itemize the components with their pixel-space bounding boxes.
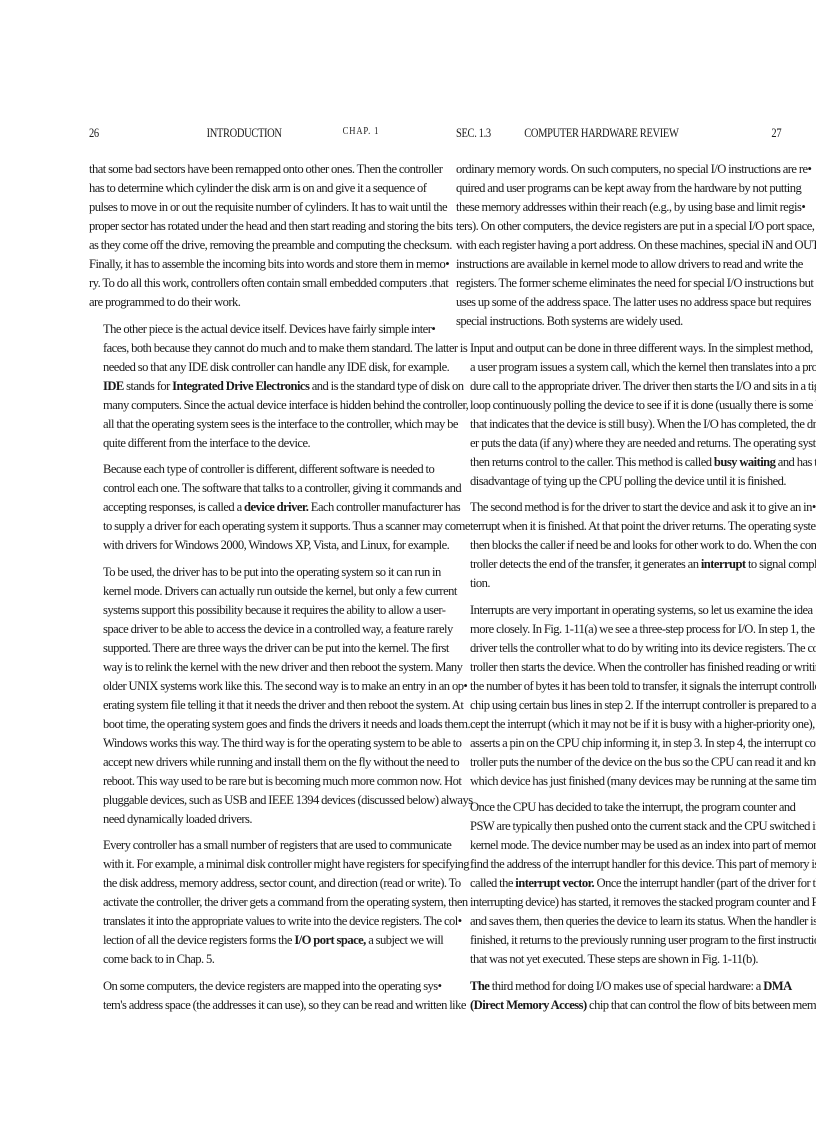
paragraph: Because each type of controller is diffe… (89, 460, 380, 555)
text-line: Interrupts are very important in operati… (456, 601, 782, 620)
text-line: driver tells the controller what to do b… (456, 639, 782, 658)
text-line: which device has just finished (many dev… (456, 772, 782, 791)
text-line: tem's address space (the addresses it ca… (89, 996, 380, 1015)
text-line: disadvantage of tying up the CPU polling… (456, 472, 782, 491)
section-label: SEC. 1.3 (456, 126, 491, 141)
text-line: these memory addresses within their reac… (456, 198, 782, 217)
text-line: pluggable devices, such as USB and IEEE … (89, 791, 380, 810)
text-line: way is to relink the kernel with the new… (89, 658, 380, 677)
text-line: (Direct Memory Access) chip that can con… (456, 996, 782, 1015)
text-line: Input and output can be done in three di… (456, 339, 782, 358)
text-line: and saves them, then queries the device … (456, 912, 782, 931)
text-line: to supply a driver for each operating sy… (89, 517, 380, 536)
bold-term: The (470, 979, 489, 993)
text-line: ry. To do all this work, controllers oft… (89, 274, 380, 293)
text-line: many computers. Since the actual device … (89, 396, 380, 415)
text-line: Once the CPU has decided to take the int… (456, 798, 782, 817)
text-line: older UNIX systems work like this. The s… (89, 677, 380, 696)
text-line: space driver to be able to access the de… (89, 620, 380, 639)
text-line: has to determine which cylinder the disk… (89, 179, 380, 198)
text-line: activate the controller, the driver gets… (89, 893, 380, 912)
text-line: The other piece is the actual device its… (89, 320, 380, 339)
page-number: 27 (771, 126, 781, 141)
text-line: interrupting device) has started, it rem… (456, 893, 782, 912)
chapter-title: INTRODUCTION (207, 126, 282, 141)
paragraph: ordinary memory words. On such computers… (456, 160, 782, 331)
bold-term: DMA (763, 979, 791, 993)
text-line: reboot. This way used to be rare but is … (89, 772, 380, 791)
paragraph: On some computers, the device registers … (89, 977, 380, 1015)
text-line: systems support this possibility because… (89, 601, 380, 620)
text-line: On some computers, the device registers … (89, 977, 380, 996)
text-line: that indicates that the device is still … (456, 415, 782, 434)
text-line: supported. There are three ways the driv… (89, 639, 380, 658)
text-line: uses up some of the address space. The l… (456, 293, 782, 312)
text-line: kernel mode. The device number may be us… (456, 836, 782, 855)
text-line: boot time, the operating system goes and… (89, 715, 380, 734)
text-line: ters). On other computers, the device re… (456, 217, 782, 236)
text-line: IDE stands for Integrated Drive Electron… (89, 377, 380, 396)
text-line: then blocks the caller if need be and lo… (456, 536, 782, 555)
paragraph: that some bad sectors have been remapped… (89, 160, 380, 312)
text-line: loop continuously polling the device to … (456, 396, 782, 415)
page-number: 26 (89, 126, 99, 141)
text-line: special instructions. Both systems are w… (456, 312, 782, 331)
text-line: come back to in Chap. 5. (89, 950, 380, 969)
text-line: registers. The former scheme eliminates … (456, 274, 782, 293)
text-line: troller puts the number of the device on… (456, 753, 782, 772)
text-line: with each register having a port address… (456, 236, 782, 255)
text-line: the disk address, memory address, sector… (89, 874, 380, 893)
bold-term: I/O port space, (294, 933, 365, 947)
left-running-head: 26 INTRODUCTION CHAP. 1 (89, 126, 379, 142)
text-line: Every controller has a small number of r… (89, 836, 380, 855)
text-line: pulses to move in or out the requisite n… (89, 198, 380, 217)
right-running-head: SEC. 1.3 COMPUTER HARDWARE REVIEW 27 (456, 126, 781, 142)
text-line: called the interrupt vector. Once the in… (456, 874, 782, 893)
bold-term: interrupt (701, 557, 746, 571)
text-line: lection of all the device registers form… (89, 931, 380, 950)
text-line: cept the interrupt (which it may not be … (456, 715, 782, 734)
text-line: dure call to the appropriate driver. The… (456, 377, 782, 396)
text-line: translates it into the appropriate value… (89, 912, 380, 931)
text-line: with it. For example, a minimal disk con… (89, 855, 380, 874)
text-line: The second method is for the driver to s… (456, 498, 782, 517)
text-line: Finally, it has to assemble the incoming… (89, 255, 380, 274)
text-line: instructions are available in kernel mod… (456, 255, 782, 274)
text-line: proper sector has rotated under the head… (89, 217, 380, 236)
text-line: Windows works this way. The third way is… (89, 734, 380, 753)
text-line: quired and user programs can be kept awa… (456, 179, 782, 198)
paragraph: Once the CPU has decided to take the int… (456, 798, 782, 969)
left-page-body: that some bad sectors have been remapped… (89, 160, 380, 1022)
text-line: as they come off the drive, removing the… (89, 236, 380, 255)
text-line: Because each type of controller is diffe… (89, 460, 380, 479)
text-line: need dynamically loaded drivers. (89, 810, 380, 829)
section-title: COMPUTER HARDWARE REVIEW (524, 126, 678, 141)
text-line: tion. (456, 574, 782, 593)
text-line: ordinary memory words. On such computers… (456, 160, 782, 179)
text-line: are programmed to do their work. (89, 293, 380, 312)
paragraph: The other piece is the actual device its… (89, 320, 380, 453)
text-line: PSW are typically then pushed onto the c… (456, 817, 782, 836)
text-line: faces, both because they cannot do much … (89, 339, 380, 358)
text-line: asserts a pin on the CPU chip informing … (456, 734, 782, 753)
text-line: a user program issues a system call, whi… (456, 358, 782, 377)
text-line: accept new drivers while running and ins… (89, 753, 380, 772)
text-line: erating system file telling it that it n… (89, 696, 380, 715)
text-line: find the address of the interrupt handle… (456, 855, 782, 874)
paragraph: Input and output can be done in three di… (456, 339, 782, 491)
text-line: that some bad sectors have been remapped… (89, 160, 380, 179)
paragraph: Every controller has a small number of r… (89, 836, 380, 969)
paragraph: To be used, the driver has to be put int… (89, 563, 380, 829)
bold-term: (Direct Memory Access) (470, 998, 587, 1012)
text-line: er puts the data (if any) where they are… (456, 434, 782, 453)
bold-term: IDE (103, 379, 124, 393)
text-line: needed so that any IDE disk controller c… (89, 358, 380, 377)
text-line: then returns control to the caller. This… (456, 453, 782, 472)
text-line: finished, it returns to the previously r… (456, 931, 782, 950)
bold-term: interrupt vector. (515, 876, 594, 890)
bold-term: Integrated Drive Electronics (172, 379, 309, 393)
bold-term: busy waiting (714, 455, 775, 469)
bold-term: device driver. (244, 500, 308, 514)
text-line: accepting responses, is called a device … (89, 498, 380, 517)
text-line: all that the operating system sees is th… (89, 415, 380, 434)
text-line: with drivers for Windows 2000, Windows X… (89, 536, 380, 555)
text-line: more closely. In Fig. 1-11(a) we see a t… (456, 620, 782, 639)
text-line: The third method for doing I/O makes use… (456, 977, 782, 996)
text-line: To be used, the driver has to be put int… (89, 563, 380, 582)
text-line: control each one. The software that talk… (89, 479, 380, 498)
paragraph: Interrupts are very important in operati… (456, 601, 782, 791)
text-line: chip using certain bus lines in step 2. … (456, 696, 782, 715)
text-line: troller detects the end of the transfer,… (456, 555, 782, 574)
paragraph: The second method is for the driver to s… (456, 498, 782, 593)
text-line: that was not yet executed. These steps a… (456, 950, 782, 969)
text-line: quite different from the interface to th… (89, 434, 380, 453)
chapter-label: CHAP. 1 (343, 126, 380, 137)
right-page-body: ordinary memory words. On such computers… (456, 160, 782, 1022)
text-line: kernel mode. Drivers can actually run ou… (89, 582, 380, 601)
text-line: terrupt when it is finished. At that poi… (456, 517, 782, 536)
text-line: the number of bytes it has been told to … (456, 677, 782, 696)
paragraph: The third method for doing I/O makes use… (456, 977, 782, 1015)
text-line: troller then starts the device. When the… (456, 658, 782, 677)
